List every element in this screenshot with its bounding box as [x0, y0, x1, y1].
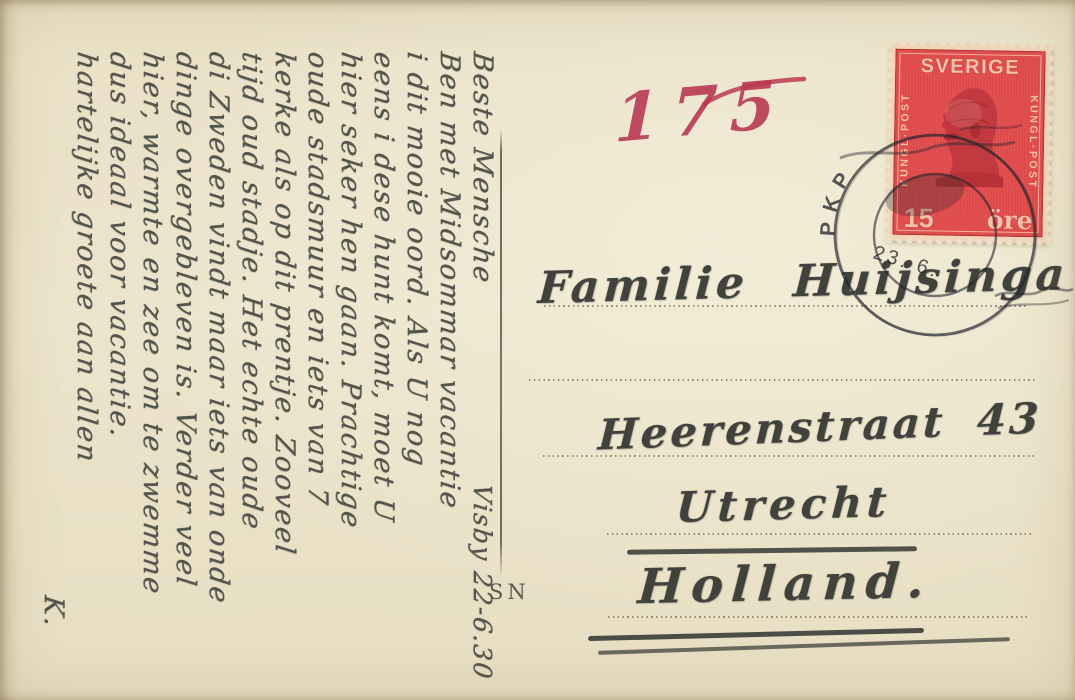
postmark-letters-path: PKP [816, 161, 860, 237]
dotted-line-middle [529, 379, 1037, 381]
postmark-wavy-line-2 [960, 125, 1022, 130]
message-line: eens i dese hunt komt, moet U [367, 50, 400, 688]
postcard-scan: { "card": { "message": { "salutation": "… [0, 0, 1075, 700]
message-signature: K. [37, 50, 70, 688]
message-line: hier, warmte en zee om te zwemme [136, 50, 169, 688]
stamp-perforation-top [888, 39, 1054, 50]
crayon-flourish-stroke [700, 74, 810, 114]
underline-country-1 [588, 628, 924, 641]
address-country: Holland. [636, 557, 933, 611]
message-salutation: Beste Mensche [466, 50, 499, 286]
message-line: di Zweden vindt maar iets van onde [202, 50, 235, 688]
postmark-date: 23. 6. [871, 242, 943, 283]
dotted-line-city [607, 533, 1031, 535]
message-line: hier seker hen gaan. Prachtige [334, 50, 367, 688]
message-line: Ben met Midsommar vacantie [433, 50, 466, 688]
message-line: oude stadsmuur en iets van 7 [301, 50, 334, 688]
postmark-letters: PKP [816, 161, 860, 237]
message-line: i dit mooie oord. Als U nog [400, 50, 433, 688]
publisher-mark: SN [489, 580, 530, 604]
underline-country-2 [598, 637, 1010, 655]
message-line: dus ideaal voor vacantie. [103, 50, 136, 688]
message-line: dinge overgebleven is. Verder veel [169, 50, 202, 688]
postmark-squiggle-1 [995, 288, 1073, 296]
stamp-country-text: SVERIGE [895, 55, 1045, 81]
message-line: hartelijke groete aan allen [70, 50, 103, 688]
address-city: Utrecht [675, 481, 893, 529]
dotted-line-country [608, 616, 1028, 618]
message-side: Beste Mensche Visby 22-6.30 Ben met Mids… [0, 0, 505, 700]
address-street: Heerenstraat 43 [597, 397, 1042, 456]
message-line: tijd oud stadje. Het echte oude [235, 50, 268, 688]
handwritten-message: Beste Mensche Visby 22-6.30 Ben met Mids… [0, 0, 505, 700]
postmark: PKP 23. 6. [810, 110, 1075, 360]
message-line: kerke als op dit prentje. Zooveel [268, 50, 301, 688]
postmark-ink-blob [882, 167, 969, 223]
